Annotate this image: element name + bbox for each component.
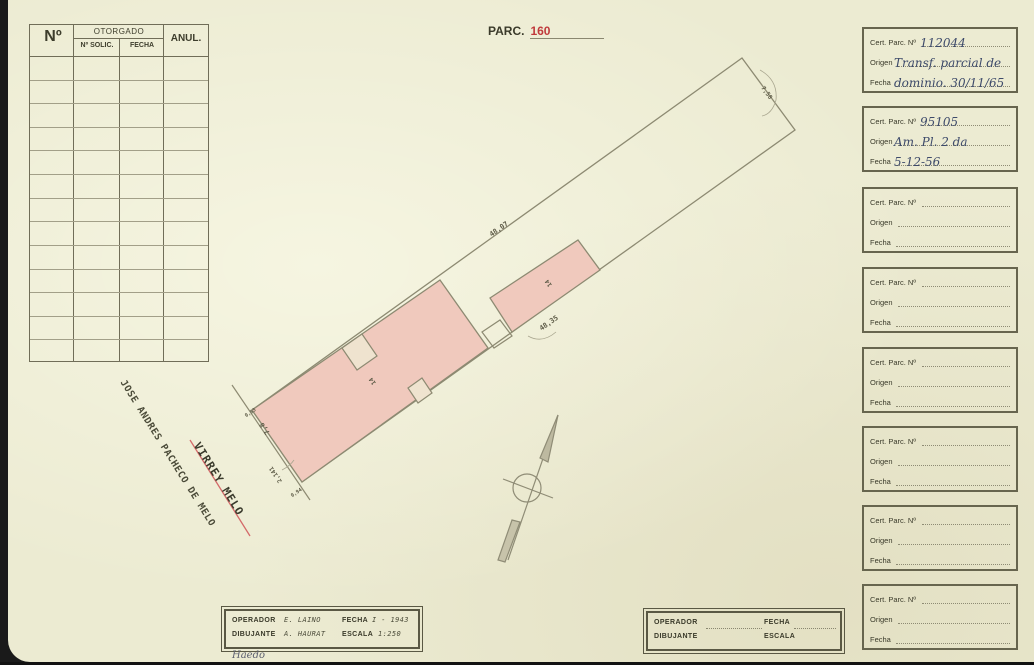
fecha-label: Fecha [870,635,891,644]
cert-parc-number-label: Cert. Parc. Nº [870,358,916,367]
fecha-label: Fecha [870,238,891,247]
certificate-row-fecha: Fecha [870,471,1010,489]
fecha-label: Fecha [870,556,891,565]
certificate-row-origen: Origen [870,372,1010,390]
fecha-value: I - 1943 [372,616,409,624]
north-arrow-icon [498,415,558,562]
certificate-row-fecha: Fecha [870,629,1010,647]
escala-label: ESCALA [764,633,795,640]
fecha-value: dominio. 30/11/65 [894,76,1004,90]
fecha-label: Fecha [870,398,891,407]
origen-label: Origen [870,58,893,67]
operador-label: OPERADOR [654,619,698,626]
signature: Haedo [232,650,265,661]
certificate-row-origen: OrigenTransf. parcial de [870,52,1010,70]
operador-value: E. LAINO [284,616,321,624]
origen-label: Origen [870,137,893,146]
certificate-box: Cert. Parc. NºOrigenFecha [862,505,1018,571]
origen-label: Origen [870,298,893,307]
cert-parc-number-label: Cert. Parc. Nº [870,38,916,47]
certificate-row-fecha: Fecha5-12-56 [870,151,1010,169]
certificate-row-origen: Origen [870,609,1010,627]
certificate-row-fecha: Fecha [870,232,1010,250]
certificate-box: Cert. Parc. NºOrigenFecha [862,426,1018,492]
certificate-box: Cert. Parc. NºOrigenFecha [862,584,1018,650]
fecha-label: Fecha [870,477,891,486]
certificate-box: Cert. Parc. Nº95105OrigenAm. Pl. 2 daFec… [862,106,1018,172]
certificate-row-cert-parc-number: Cert. Parc. Nº [870,272,1010,290]
certificate-row-cert-parc-number: Cert. Parc. Nº112044 [870,32,1010,50]
certificate-row-origen: Origen [870,530,1010,548]
operador-label: OPERADOR [232,617,276,624]
cert-parc-number-label: Cert. Parc. Nº [870,117,916,126]
certificate-row-fecha: Fecha [870,550,1010,568]
fecha-label: Fecha [870,157,891,166]
certificate-row-origen: Origen [870,451,1010,469]
cert-parc-number-value: 95105 [920,115,958,129]
origen-value: Transf. parcial de [894,56,1001,70]
cert-parc-number-label: Cert. Parc. Nº [870,198,916,207]
origen-label: Origen [870,378,893,387]
certificate-box: Cert. Parc. NºOrigenFecha [862,187,1018,253]
certificate-row-cert-parc-number: Cert. Parc. Nº95105 [870,111,1010,129]
fecha-label: FECHA [764,619,790,626]
certificate-box: Cert. Parc. Nº112044OrigenTransf. parcia… [862,27,1018,93]
rear-building [490,240,600,332]
fecha-label: FECHA [342,617,368,624]
cert-parc-number-label: Cert. Parc. Nº [870,437,916,446]
title-block-filled: OPERADOR E. LAINO FECHA I - 1943 DIBUJAN… [224,609,420,649]
certificate-row-cert-parc-number: Cert. Parc. Nº [870,192,1010,210]
cert-parc-number-label: Cert. Parc. Nº [870,278,916,287]
origen-label: Origen [870,536,893,545]
escala-label: ESCALA [342,631,373,638]
certificate-row-origen: OrigenAm. Pl. 2 da [870,131,1010,149]
certificate-row-origen: Origen [870,292,1010,310]
certificate-row-fecha: Fecha [870,312,1010,330]
origen-value: Am. Pl. 2 da [894,135,968,149]
certificate-row-origen: Origen [870,212,1010,230]
fecha-value: 5-12-56 [894,155,940,169]
certificate-row-cert-parc-number: Cert. Parc. Nº [870,510,1010,528]
origen-label: Origen [870,615,893,624]
dibujante-value: A. HAURAT [284,630,326,638]
cert-parc-number-label: Cert. Parc. Nº [870,595,916,604]
escala-value: 1:250 [378,630,401,638]
cert-parc-number-value: 112044 [920,36,966,50]
certificate-box: Cert. Parc. NºOrigenFecha [862,347,1018,413]
certificate-row-cert-parc-number: Cert. Parc. Nº [870,589,1010,607]
origen-label: Origen [870,457,893,466]
origen-label: Origen [870,218,893,227]
cert-parc-number-label: Cert. Parc. Nº [870,516,916,525]
fecha-label: Fecha [870,78,891,87]
bottom-edge [0,662,1034,670]
title-block-empty: OPERADOR FECHA DIBUJANTE ESCALA [646,611,842,651]
certificate-row-cert-parc-number: Cert. Parc. Nº [870,431,1010,449]
dibujante-label: DIBUJANTE [232,631,276,638]
certificate-row-cert-parc-number: Cert. Parc. Nº [870,352,1010,370]
dibujante-label: DIBUJANTE [654,633,698,640]
certificate-box: Cert. Parc. NºOrigenFecha [862,267,1018,333]
fecha-label: Fecha [870,318,891,327]
certificate-row-fecha: Fechadominio. 30/11/65 [870,72,1010,90]
certificate-row-fecha: Fecha [870,392,1010,410]
